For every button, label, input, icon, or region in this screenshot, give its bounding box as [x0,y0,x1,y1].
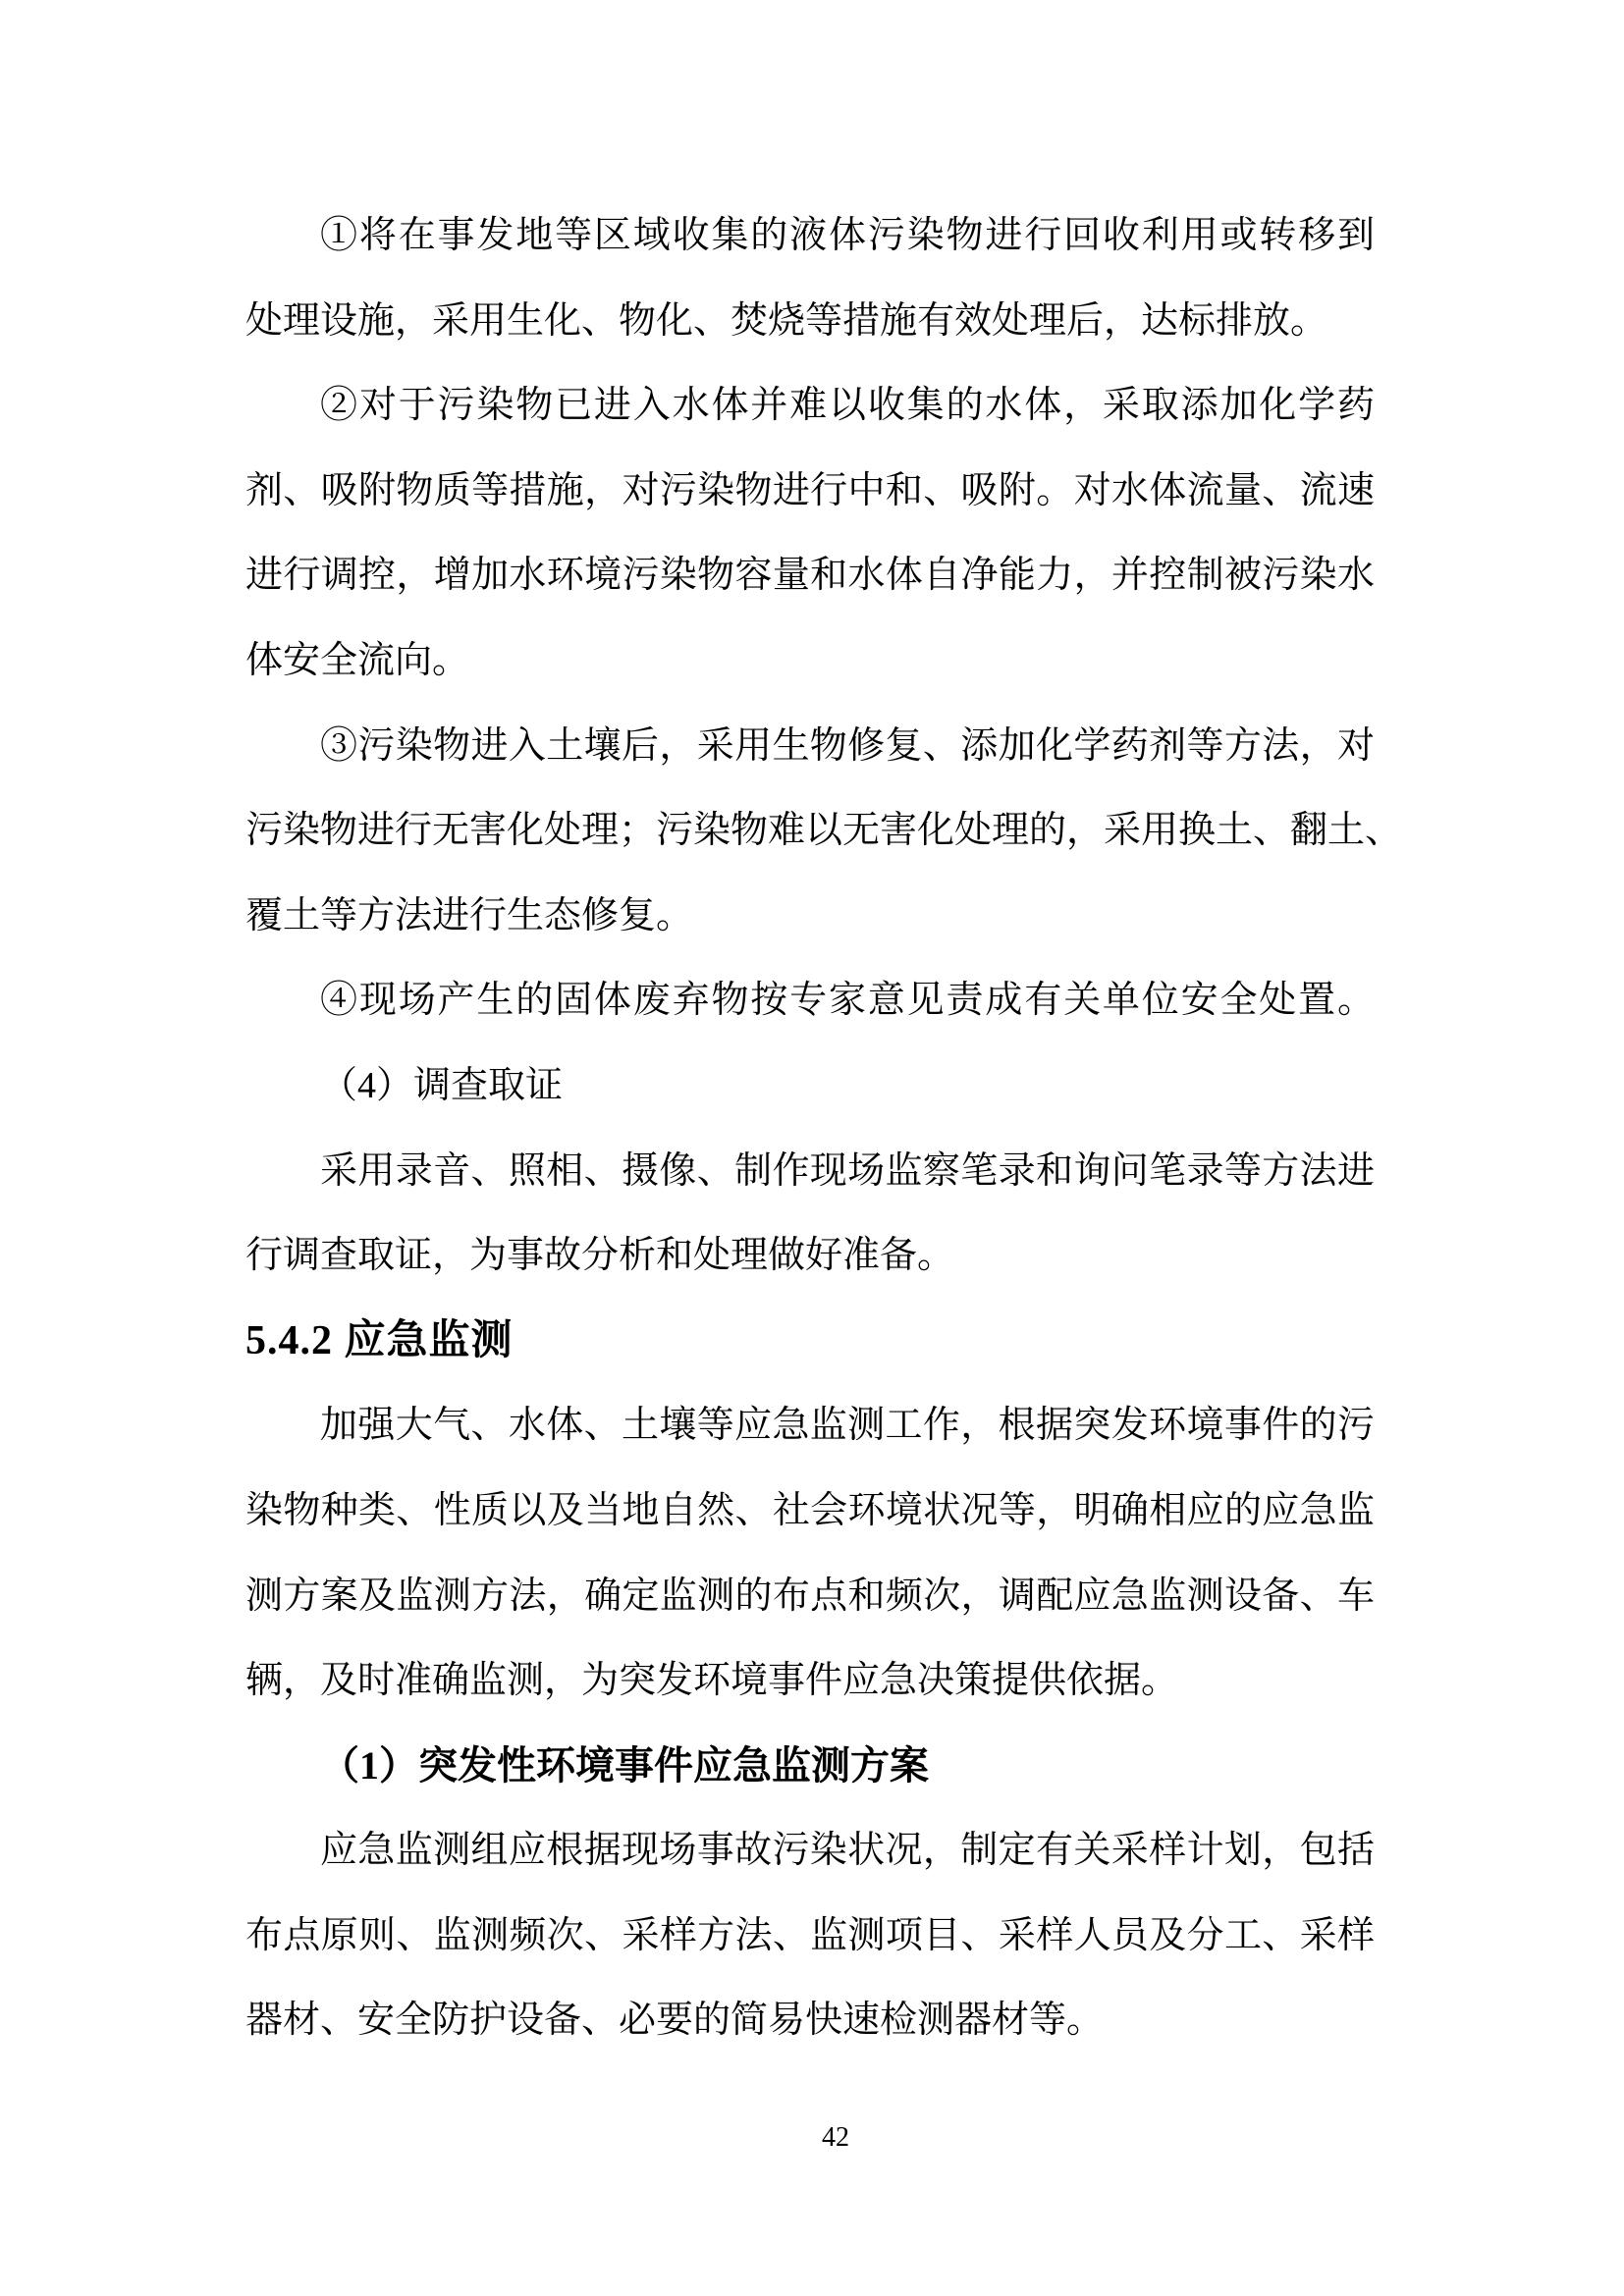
paragraph-line: 采用录音、照相、摄像、制作现场监察笔录和询问笔录等方法进 [245,1129,1375,1214]
paragraph-line: 测方案及监测方法，确定监测的布点和频次，调配应急监测设备、车 [245,1554,1375,1639]
paragraph-line: 应急监测组应根据现场事故污染状况，制定有关采样计划，包括 [245,1808,1375,1894]
document-page: ①将在事发地等区域收集的液体污染物进行回收利用或转移到 处理设施，采用生化、物化… [0,0,1624,2296]
page-number: 42 [0,2110,1624,2165]
paragraph-line: ③污染物进入土壤后，采用生物修复、添加化学药剂等方法，对 [245,704,1375,789]
paragraph-line: 布点原则、监测频次、采样方法、监测项目、采样人员及分工、采样 [245,1894,1375,1979]
paragraph-line: ④现场产生的固体废弃物按专家意见责成有关单位安全处置。 [245,958,1375,1043]
subsection-heading-monitoring-plan: （1）突发性环境事件应急监测方案 [245,1724,1375,1809]
paragraph-line: 行调查取证，为事故分析和处理做好准备。 [245,1213,1375,1299]
paragraph-line: 处理设施，采用生化、物化、焚烧等措施有效处理后，达标排放。 [245,279,1375,364]
section-heading-5-4-2: 5.4.2 应急监测 [245,1299,1375,1384]
paragraph-line: 加强大气、水体、土壤等应急监测工作，根据突发环境事件的污 [245,1383,1375,1468]
paragraph-line: 进行调控，增加水环境污染物容量和水体自净能力，并控制被污染水 [245,533,1375,618]
document-body: ①将在事发地等区域收集的液体污染物进行回收利用或转移到 处理设施，采用生化、物化… [245,193,1375,2063]
paragraph-line: 体安全流向。 [245,618,1375,704]
paragraph-line: 剂、吸附物质等措施，对污染物进行中和、吸附。对水体流量、流速 [245,449,1375,534]
list-heading-investigation: （4）调查取证 [245,1043,1375,1129]
paragraph-line: 污染物进行无害化处理；污染物难以无害化处理的，采用换土、翻土、 [245,788,1375,874]
paragraph-line: 覆土等方法进行生态修复。 [245,874,1375,959]
paragraph-line: 染物种类、性质以及当地自然、社会环境状况等，明确相应的应急监 [245,1468,1375,1554]
paragraph-line: ②对于污染物已进入水体并难以收集的水体，采取添加化学药 [245,363,1375,449]
paragraph-line: ①将在事发地等区域收集的液体污染物进行回收利用或转移到 [245,193,1375,279]
paragraph-line: 辆，及时准确监测，为突发环境事件应急决策提供依据。 [245,1638,1375,1724]
paragraph-line: 器材、安全防护设备、必要的简易快速检测器材等。 [245,1978,1375,2063]
